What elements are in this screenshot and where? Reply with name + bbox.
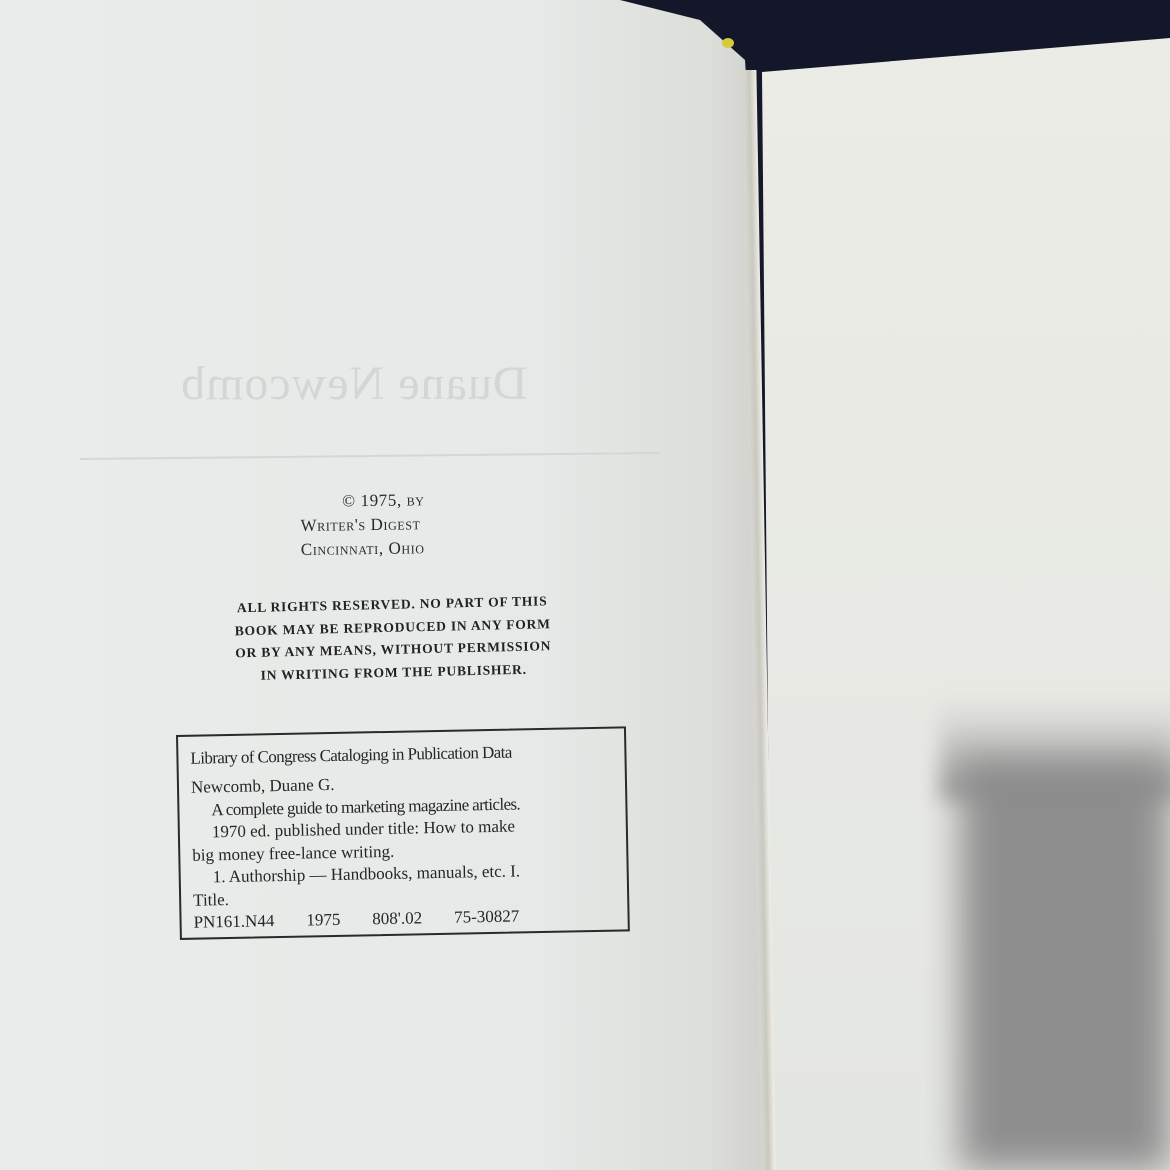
cip-year: 1975 — [306, 909, 340, 932]
hand-shadow — [960, 760, 1170, 1170]
photo-scene: Duane Newcomb © 1975, by Writer's Digest… — [0, 0, 1170, 1170]
copyright-notice: © 1975, by Writer's Digest Cincinnati, O… — [300, 486, 601, 562]
publisher-location: Cincinnati, Ohio — [301, 534, 601, 562]
bleed-through-author: Duane Newcomb — [180, 356, 528, 411]
cip-lccn: 75-30827 — [454, 905, 520, 929]
left-page — [0, 0, 770, 1170]
cip-call-number: PN161.N44 — [193, 910, 274, 934]
cip-dewey: 808'.02 — [372, 907, 422, 930]
rights-reserved-notice: ALL RIGHTS RESERVED. NO PART OF THIS BOO… — [206, 590, 580, 688]
yellow-bookmark-tab — [722, 38, 734, 48]
cip-heading: Library of Congress Cataloging in Public… — [190, 739, 612, 771]
cip-data-box: Library of Congress Cataloging in Public… — [176, 726, 630, 940]
